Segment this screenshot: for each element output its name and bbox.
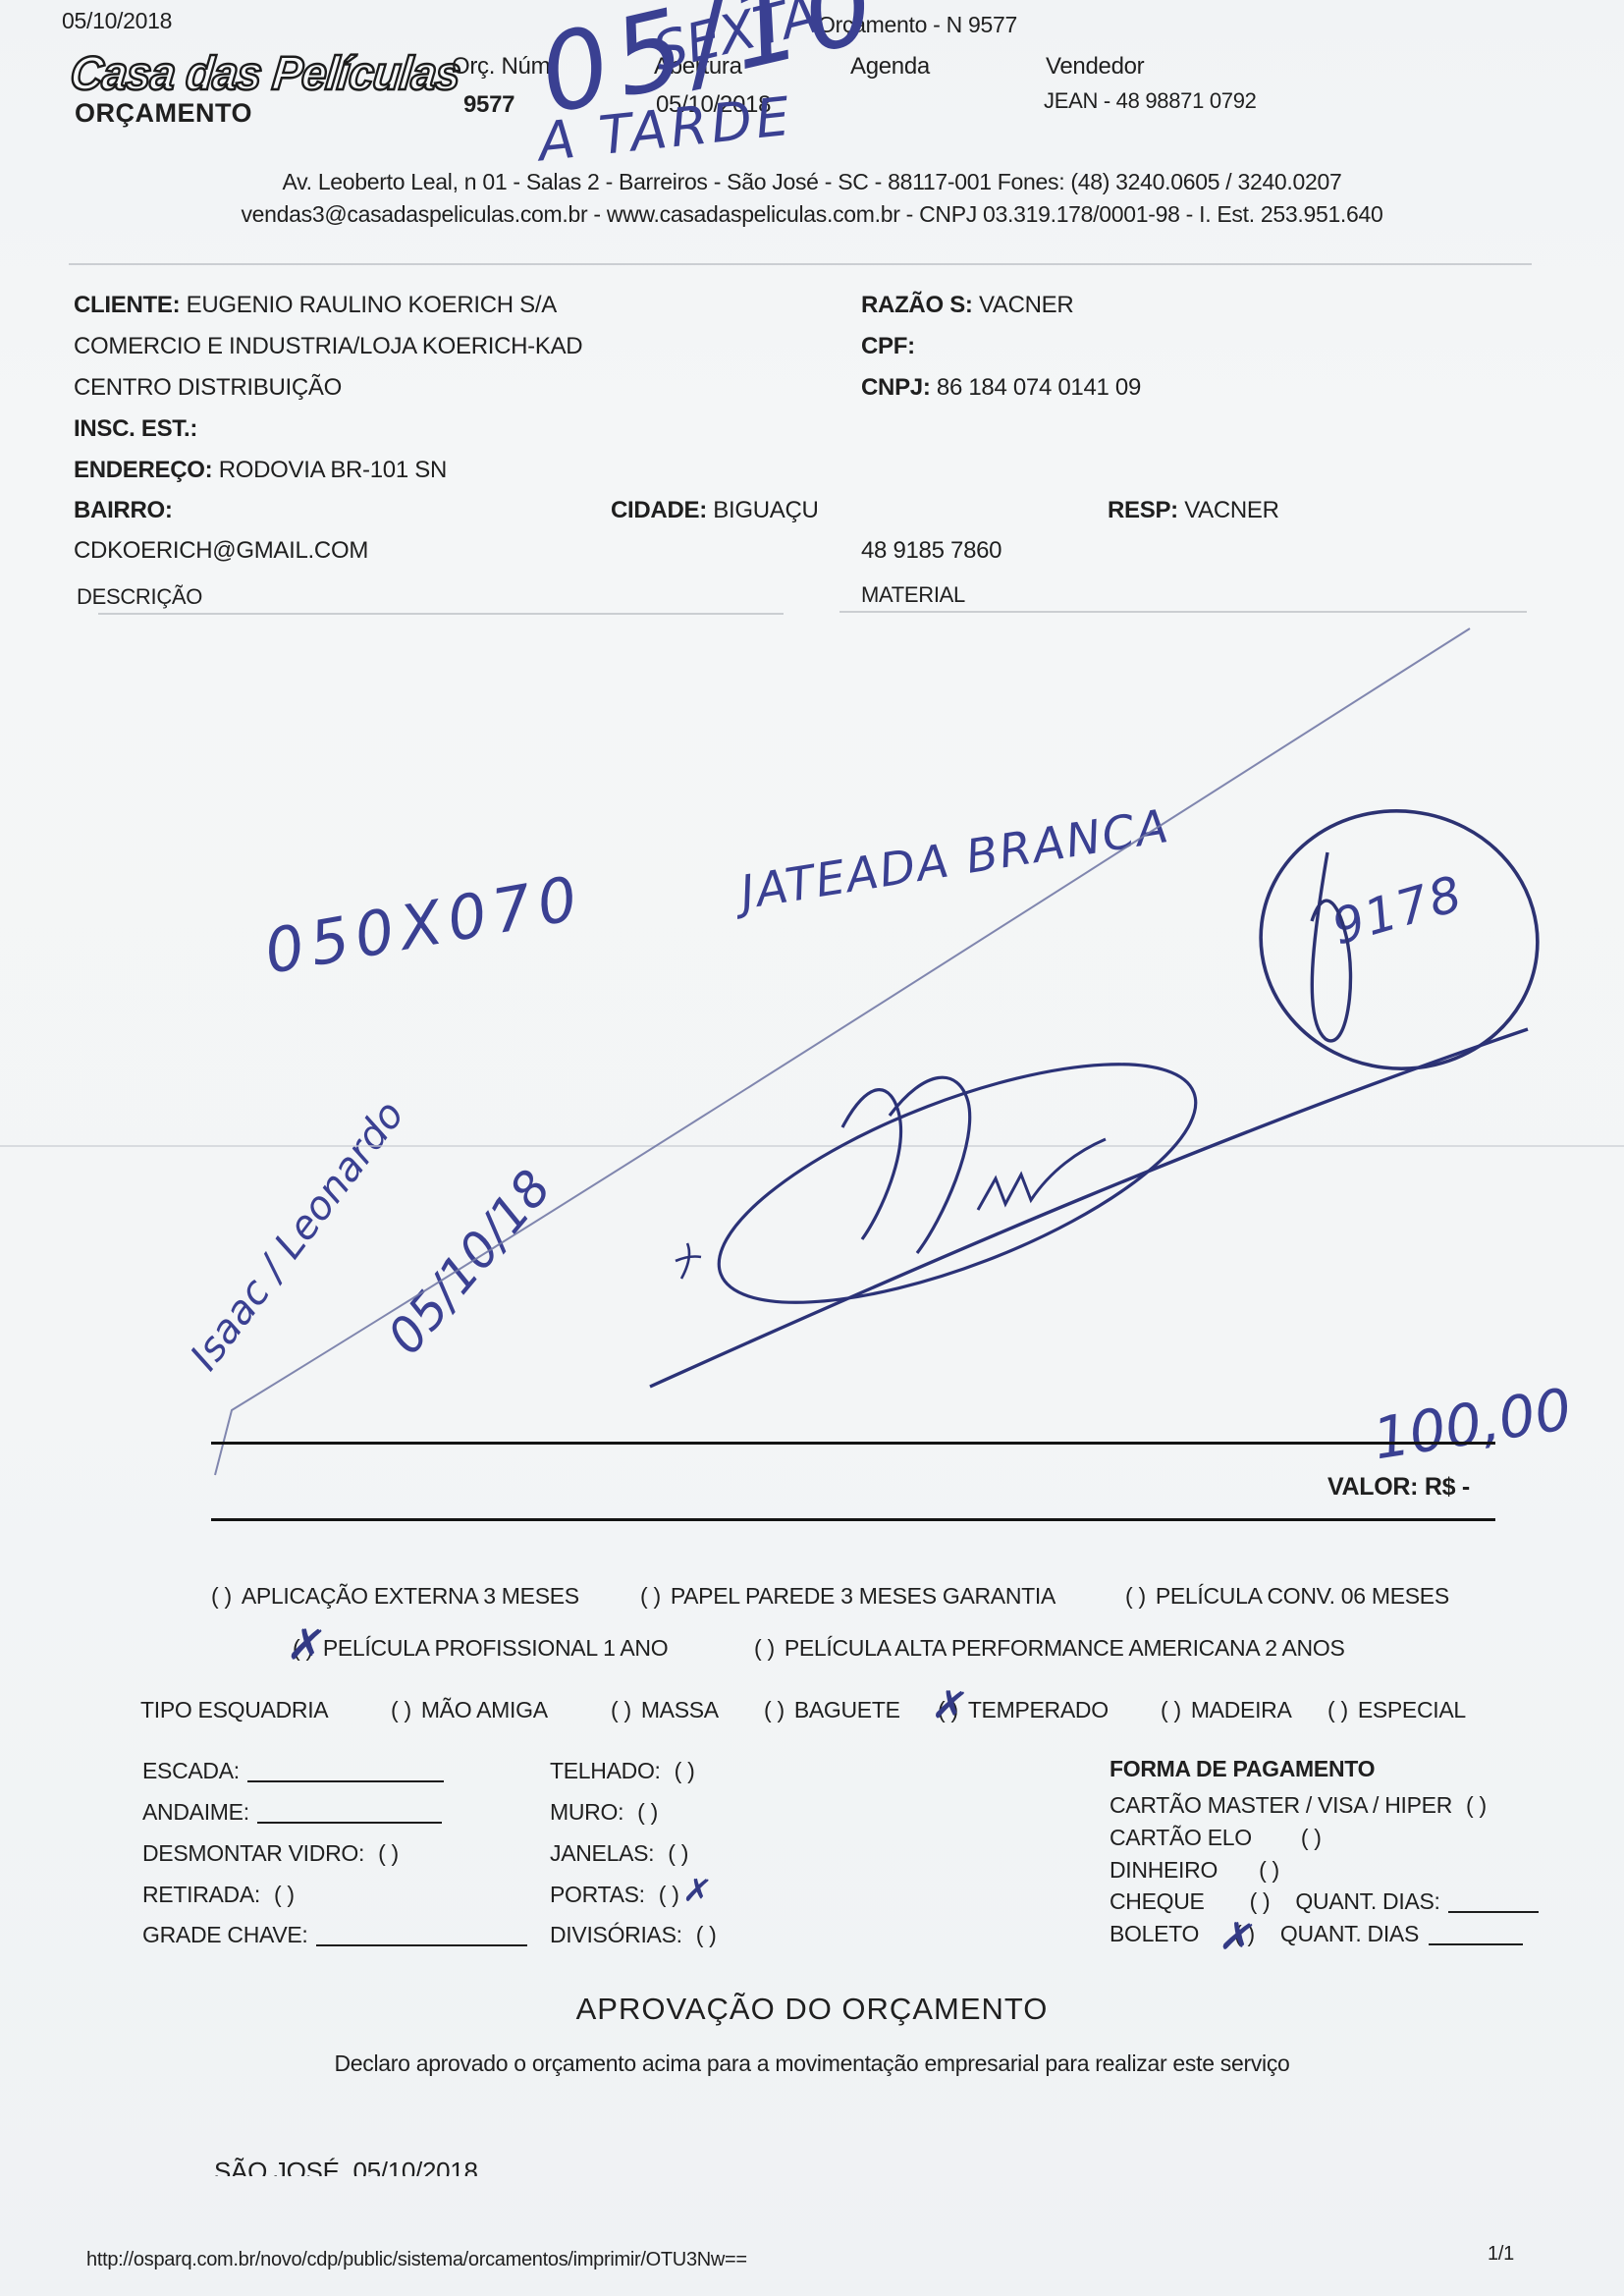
field-portas: PORTAS:( ) (550, 1882, 679, 1908)
option-pelicula-conv: ( )PELÍCULA CONV. 06 MESES (1125, 1583, 1449, 1610)
signature-initials (676, 1243, 701, 1279)
field-divisorias: DIVISÓRIAS:( ) (550, 1922, 717, 1948)
signature-scribble (842, 1077, 970, 1253)
handwritten-size: 050X070 (259, 861, 589, 988)
orc-num-label: Orç. Núm (452, 53, 550, 81)
bairro-label: BAIRRO: (74, 497, 173, 524)
paper-crease (0, 1145, 1624, 1147)
address-line-2: vendas3@casadaspeliculas.com.br - www.ca… (0, 201, 1624, 228)
field-andaime: ANDAIME: (142, 1799, 442, 1826)
option-massa: ( )MASSA (611, 1697, 719, 1723)
cpf-label: CPF: (861, 333, 915, 360)
cnpj-value: 86 184 074 0141 09 (937, 374, 1141, 401)
field-retirada: RETIRADA:( ) (142, 1882, 295, 1908)
option-pelicula-profissional: ( )PELÍCULA PROFISSIONAL 1 ANO (293, 1635, 668, 1662)
handwritten-approvers: Isaac / Leonardo (182, 1093, 412, 1379)
approval-title: APROVAÇÃO DO ORÇAMENTO (0, 1992, 1624, 2027)
cliente-line3: CENTRO DISTRIBUIÇÃO (74, 374, 342, 402)
field-muro: MURO:( ) (550, 1799, 658, 1826)
handwritten-x-portas: ✗ (680, 1870, 714, 1913)
cliente-row: CLIENTE: EUGENIO RAULINO KOERICH S/A (74, 292, 557, 319)
circled-number: 9178 (1326, 864, 1470, 956)
handwritten-amount: 100,00 (1369, 1376, 1576, 1473)
checkbox-brackets: ( ) (754, 1635, 775, 1661)
checkbox-brackets: ( ) (640, 1583, 661, 1609)
payment-cartao-master: CARTÃO MASTER / VISA / HIPER( ) (1110, 1792, 1487, 1819)
endereco-row: ENDEREÇO: RODOVIA BR-101 SN (74, 457, 447, 484)
resp-label: RESP: (1108, 497, 1178, 523)
cliente-line2: COMERCIO E INDUSTRIA/LOJA KOERICH-KAD (74, 333, 582, 360)
handwritten-approval-date: 05/10/18 (377, 1160, 563, 1365)
option-madeira: ( )MADEIRA (1161, 1697, 1292, 1723)
column-descricao: DESCRIÇÃO (77, 584, 202, 610)
cidade-value: BIGUAÇU (713, 497, 818, 523)
footer-url: http://osparq.com.br/novo/cdp/public/sis… (86, 2249, 747, 2271)
payment-title: FORMA DE PAGAMENTO (1110, 1756, 1375, 1782)
circle-annotation (1246, 795, 1552, 1084)
cliente-label: CLIENTE: (74, 292, 180, 318)
handwritten-x-pelicula-profissional: ✗ (284, 1616, 329, 1674)
blank-line (316, 1942, 527, 1946)
client-phone: 48 9185 7860 (861, 537, 1001, 565)
cliente-value: EUGENIO RAULINO KOERICH S/A (187, 292, 557, 318)
print-date: 05/10/2018 (62, 8, 172, 34)
endereco-label: ENDEREÇO: (74, 457, 212, 483)
scanned-budget-document: 05/10/2018 Orçamento - N 9577 Casa das P… (0, 0, 1624, 2296)
valor-line-bottom (211, 1518, 1495, 1521)
resp-value: VACNER (1184, 497, 1278, 523)
field-janelas: JANELAS:( ) (550, 1840, 688, 1867)
handwritten-film-note: JATEADA BRANCA (736, 799, 1173, 920)
doc-type-title: ORÇAMENTO (75, 98, 252, 129)
city-date-text: SÃO JOSÉ, 05/10/2018 (214, 2157, 478, 2176)
cnpj-label: CNPJ: (861, 374, 931, 401)
field-grade-chave: GRADE CHAVE: (142, 1922, 527, 1948)
field-escada: ESCADA: (142, 1758, 444, 1784)
company-logo: Casa das Películas (68, 45, 462, 101)
footer-page-indicator: 1/1 (1488, 2243, 1514, 2266)
field-telhado: TELHADO:( ) (550, 1758, 694, 1784)
client-email: CDKOERICH@GMAIL.COM (74, 537, 368, 565)
table-divider-left (98, 613, 784, 615)
field-desmontar-vidro: DESMONTAR VIDRO:( ) (142, 1840, 399, 1867)
razao-label: RAZÃO S: (861, 292, 973, 318)
valor-line-top (211, 1442, 1495, 1445)
vendedor-label: Vendedor (1046, 53, 1144, 81)
checkbox-brackets: ( ) (1125, 1583, 1146, 1609)
endereco-value: RODOVIA BR-101 SN (219, 457, 447, 483)
insc-label: INSC. EST.: (74, 415, 197, 443)
option-mao-amiga: ( )MÃO AMIGA (391, 1697, 548, 1723)
option-papel-parede: ( )PAPEL PAREDE 3 MESES GARANTIA (640, 1583, 1056, 1610)
vendedor-value: JEAN - 48 98871 0792 (1044, 88, 1257, 114)
signature-tail-line (650, 1029, 1528, 1387)
blank-line (1448, 1909, 1539, 1913)
address-line-1: Av. Leoberto Leal, n 01 - Salas 2 - Barr… (0, 169, 1624, 195)
payment-cheque: CHEQUE( )QUANT. DIAS: (1110, 1888, 1539, 1915)
payment-dinheiro: DINHEIRO( ) (1110, 1857, 1279, 1884)
cidade-row: CIDADE: BIGUAÇU (611, 497, 819, 524)
header-divider (69, 263, 1532, 265)
table-divider-right (839, 611, 1527, 613)
payment-boleto: BOLETO( )QUANT. DIAS (1110, 1921, 1523, 1947)
signature-scribble-2 (978, 1139, 1106, 1210)
razao-value: VACNER (979, 292, 1073, 318)
column-material: MATERIAL (861, 582, 965, 608)
handwritten-x-boleto: ✗ (1216, 1910, 1260, 1964)
option-pelicula-alta-performance: ( )PELÍCULA ALTA PERFORMANCE AMERICANA 2… (754, 1635, 1345, 1662)
approval-declaration: Declaro aprovado o orçamento acima para … (0, 2050, 1624, 2077)
payment-cartao-elo: CARTÃO ELO( ) (1110, 1825, 1322, 1851)
option-baguete: ( )BAGUETE (764, 1697, 900, 1723)
razao-row: RAZÃO S: VACNER (861, 292, 1073, 319)
blank-line (247, 1778, 444, 1782)
esquadria-title: TIPO ESQUADRIA (140, 1697, 328, 1723)
valor-label: VALOR: R$ - (1327, 1473, 1470, 1502)
orc-num-value: 9577 (463, 91, 514, 119)
checkbox-brackets: ( ) (211, 1583, 232, 1609)
signature-oval (691, 1015, 1223, 1351)
resp-row: RESP: VACNER (1108, 497, 1279, 524)
blank-line (1429, 1941, 1523, 1945)
cnpj-row: CNPJ: 86 184 074 0141 09 (861, 374, 1141, 402)
blank-line (257, 1820, 442, 1824)
cidade-label: CIDADE: (611, 497, 707, 523)
option-especial: ( )ESPECIAL (1327, 1697, 1466, 1723)
city-date-clipped: SÃO JOSÉ, 05/10/2018 (214, 2157, 626, 2176)
handwritten-x-temperado: ✗ (929, 1678, 971, 1731)
option-aplicacao-externa: ( )APLICAÇÃO EXTERNA 3 MESES (211, 1583, 579, 1610)
